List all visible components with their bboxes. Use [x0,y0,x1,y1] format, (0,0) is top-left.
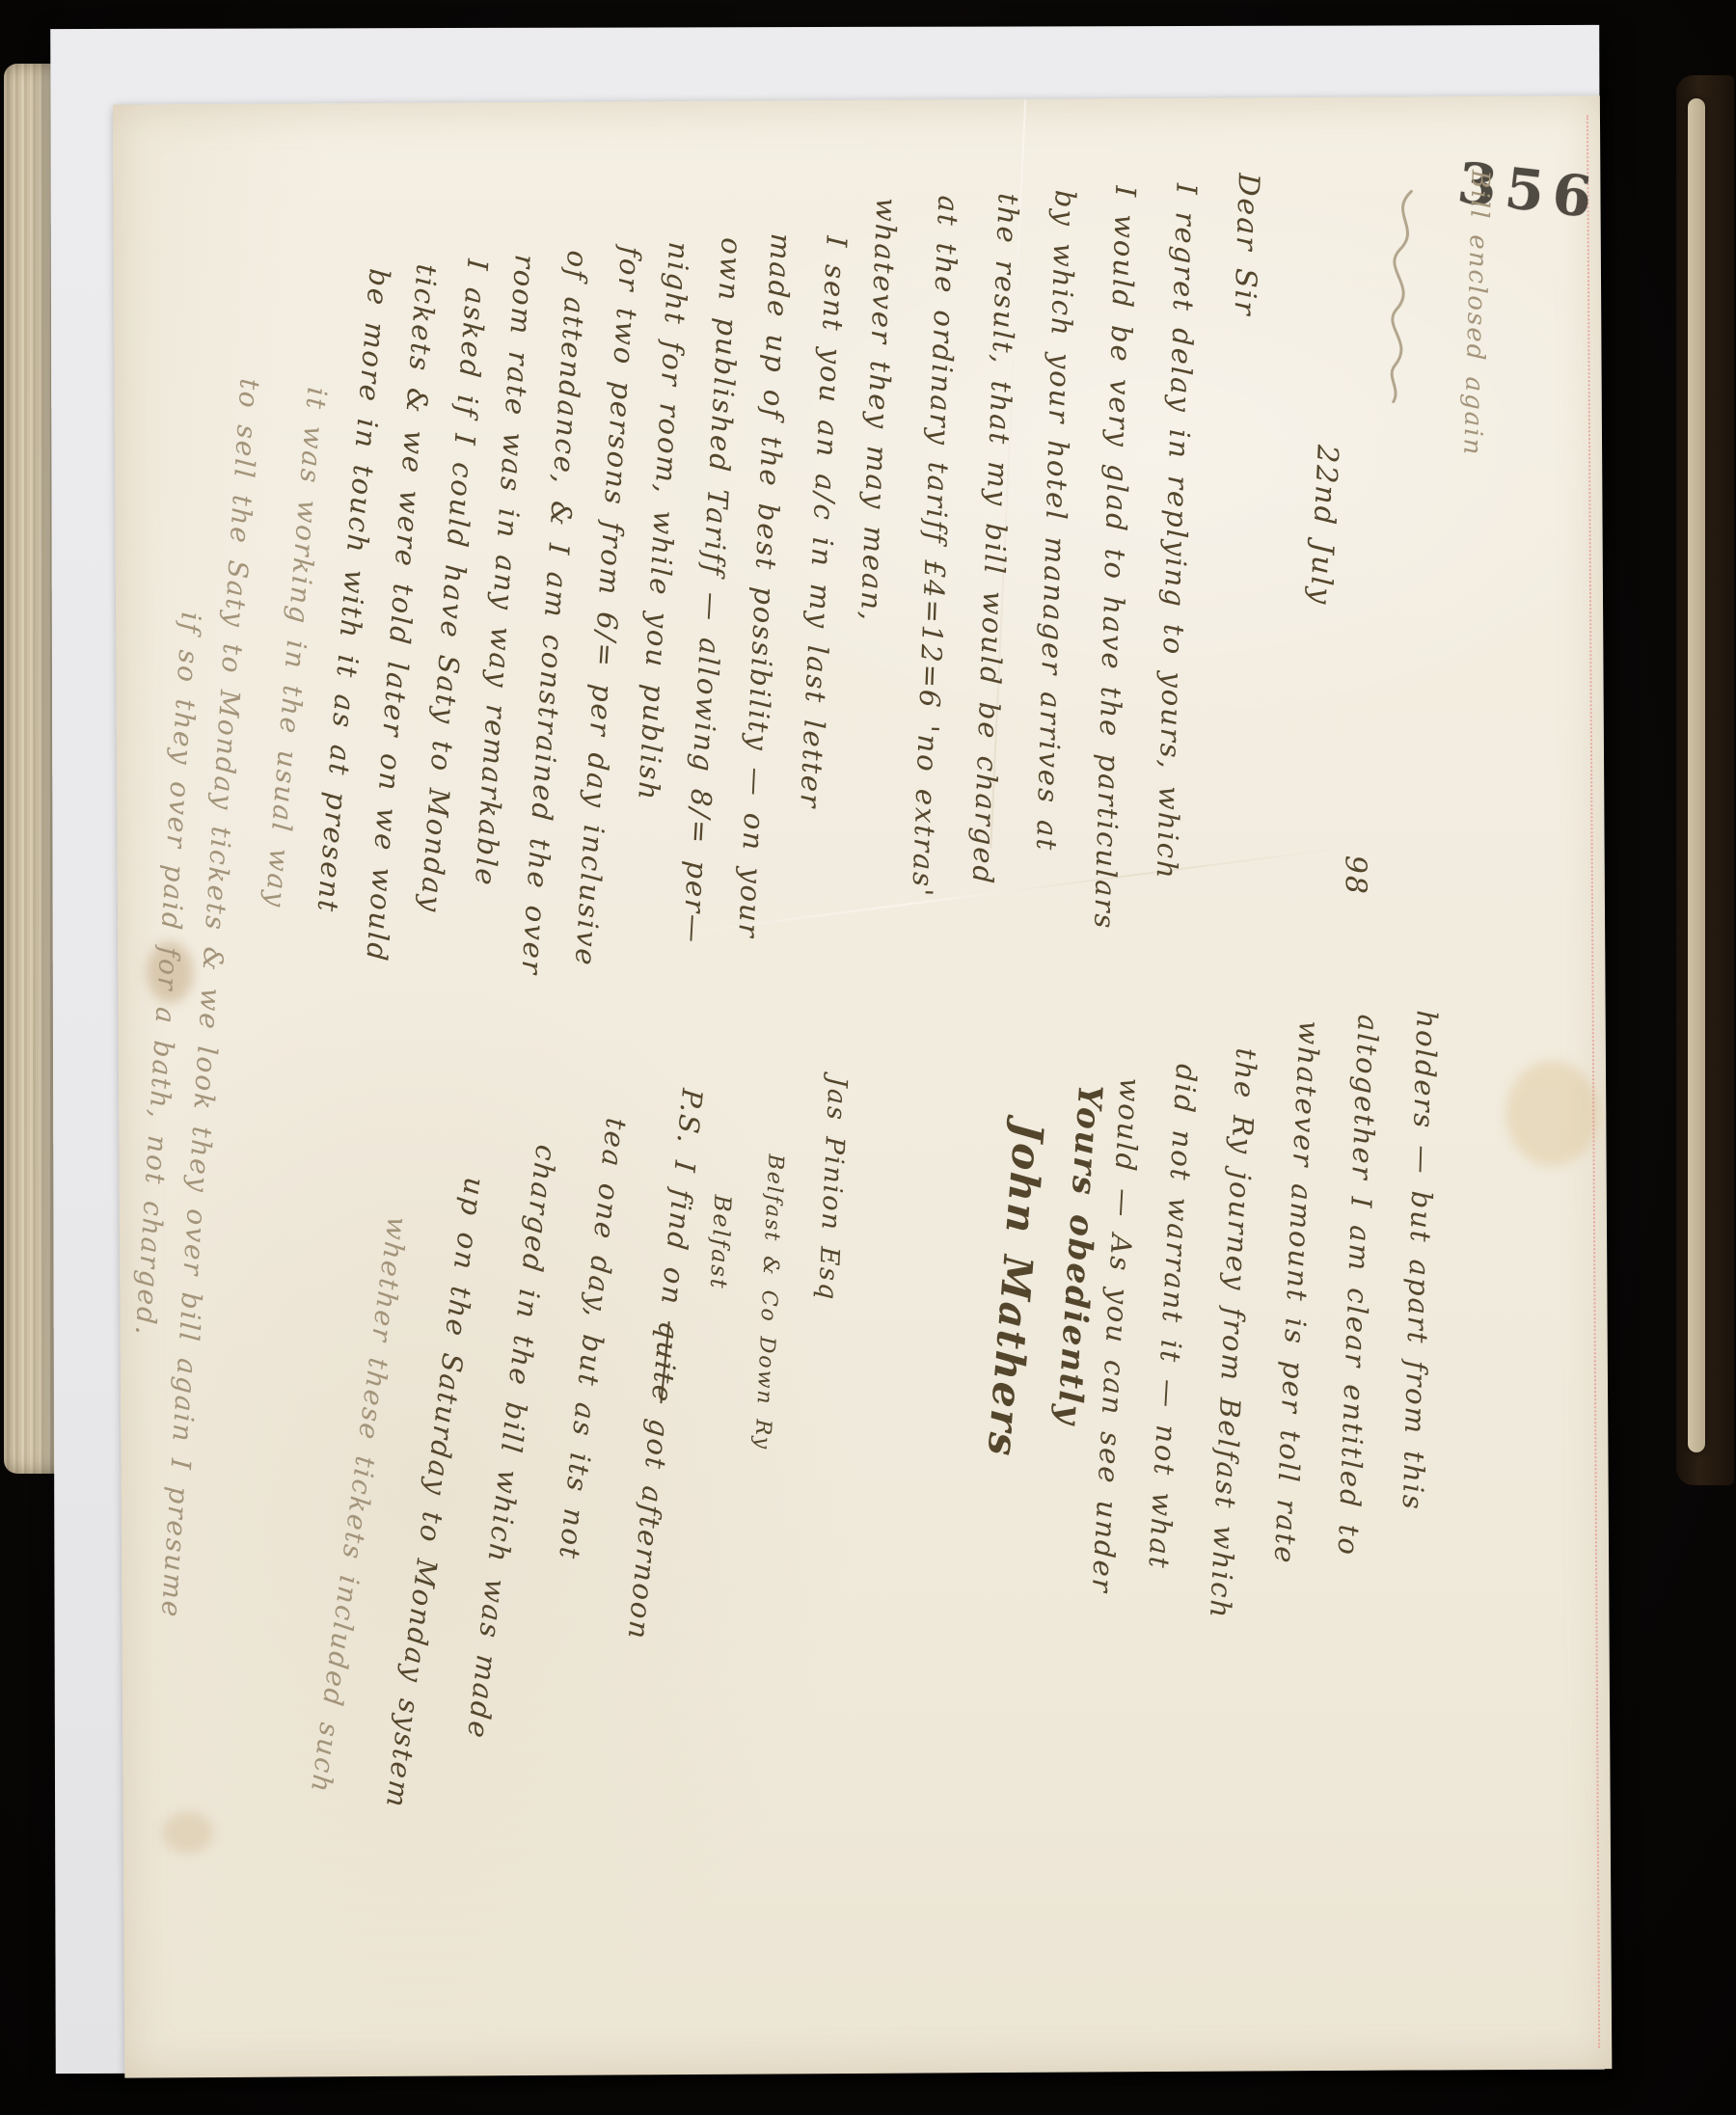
letter-line: holders — but apart from this [1397,1010,1443,1452]
letter-line: altogether I am clear entitled to [1335,1014,1384,1458]
letter-line: whatever amount is per toll rate [1272,1020,1325,1469]
letter-line: I would be very glad to have the particu… [1086,185,1142,1006]
foxing-stain [1505,1060,1599,1167]
mounting-leaf: 356 Bill enclosed again22nd July98Dear S… [50,25,1605,2074]
letter-line: by which your hotel manager arrives at [1026,189,1082,983]
letter-line: John Mathers [971,1121,1053,1550]
photographed-letterbook-page: 356 Bill enclosed again22nd July98Dear S… [0,0,1736,2115]
letter-line: Jas Pinion Esq [809,1076,853,1362]
letter-line: Belfast & Co Down Ry [749,1153,787,1449]
handwritten-text-columns: Bill enclosed again22nd July98Dear SirI … [113,95,1600,104]
letter-line: I sent you an a/c in my last letter [786,235,853,971]
struck-out-word: quite [645,1320,686,1405]
letter-line: Bill enclosed again [1452,170,1495,634]
letter-line: 98 [1339,855,1372,923]
letter-line: the Ry journey from Belfast which [1210,1047,1262,1473]
letter-line: at the ordinary tariff £4=12=6 'no extra… [901,195,965,1039]
book-cover-edge [1676,75,1734,1485]
paper-crease [686,845,1365,935]
letter-line: P.S. I find on quite got afternoon [612,1087,709,1731]
letter-line: I regret delay in replying to yours, whi… [1148,183,1203,965]
letter-line: 22nd July [1294,444,1344,801]
letter-line: did not warrant it — not what [1147,1063,1203,1482]
letter-line: Belfast [701,1194,736,1364]
letter-sheet: 356 Bill enclosed again22nd July98Dear S… [113,95,1612,2077]
letter-line: the result, that my bill would be charge… [962,193,1024,1002]
letter-line: Dear Sir [1226,173,1265,366]
letter-line: whatever they may mean, [849,197,903,769]
book-page-edge-right [1688,98,1705,1452]
flourish-squiggle-icon [1378,185,1431,407]
